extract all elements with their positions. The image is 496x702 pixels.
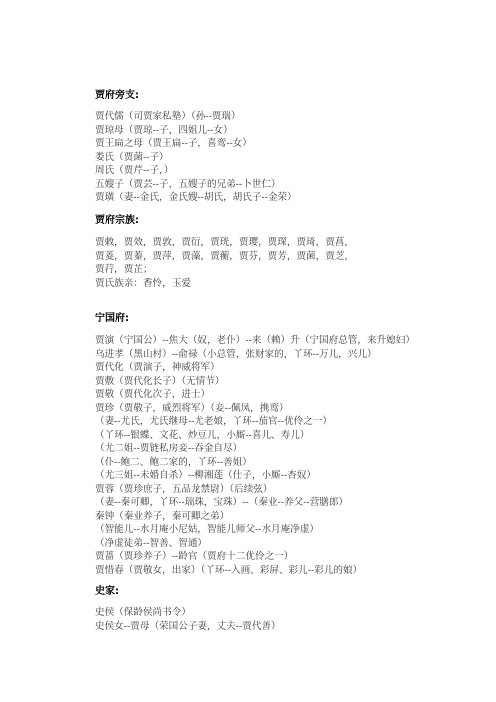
text-line: 周氏（贾芹--子，） [95,164,173,177]
text-line: 贾蔷（贾珍养子）--龄官（贾府十二优伶之一） [95,550,293,563]
text-line: （尤三姐--未婚自杀）--柳湘莲（仕子，小厮--杏奴） [95,469,316,482]
text-line: 贾氏族亲：香怜，玉爱 [95,277,191,290]
text-line: 贾敬（贾代化次子，进士） [95,388,210,401]
text-line: 贾敕，贾效，贾敦，贾衍，贾珖，贾璎，贾琛，贾琦，贾菖， [95,236,354,249]
text-line: （智能儿--水月庵小尼姑，智能儿师父--水月庵净虚） [95,523,319,536]
text-line: 史侯女--贾母（荣国公子妻，丈夫--贾代善） [95,620,281,633]
section-heading-jiafu-pangzhi: 贾府旁支: [95,86,139,101]
text-line: （尤二姐--贾链私房妾--吞金自尽） [95,442,242,455]
text-line: 娄氏（贾菌--子） [95,151,169,164]
text-line: 贾荇，贾芷； [95,263,153,276]
text-line: 秦钟（秦业养子，秦可卿之弟） [95,510,229,523]
text-line: 五嫂子（贾芸--子，五嫂子的兄弟--卜世仁） [95,178,281,191]
text-line: 贾惜春（贾敬女，出家）（丫环--入画、彩屏、彩儿--彩儿的娘） [95,564,362,577]
text-line: （妻--秦可卿，丫环--瑞珠，宝珠）--（秦业--养父--营膳郎） [95,496,348,509]
text-line: （净虚徒弟--智善、智通） [95,537,207,550]
text-line: 贾代儒（司贾家私塾）（孙--贾瑞） [95,110,241,123]
text-line: （丫环--银蝶、文花、炒豆儿，小厮--喜儿、寿儿） [95,429,309,442]
text-line: 贾演（宁国公）--焦大（奴，老仆）--来（赖）升（宁国府总管，来升媳妇） [95,334,415,347]
section-heading-shijia: 史家: [95,582,119,597]
text-line: 乌进孝（黑山村）--俞禄（小总管，张财家的，丫环--万儿，兴儿） [95,348,377,361]
text-line: 贾代化（贾演子，神威将军） [95,361,220,374]
text-line: 贾敷（贾代化长子）（无情节） [95,375,225,388]
section-heading-ningguofu: 宁国府: [95,309,129,324]
text-line: 史侯（保龄侯尚书令） [95,606,191,619]
text-line: 贾王扁之母（贾王扁--子，喜鸾--女） [95,137,252,150]
section-heading-jiafu-zongzu: 贾府宗族: [95,211,139,226]
text-line: 贾菱，贾蓁，贾萍，贾藻，贾蘅，贾芬，贾芳，贾菌，贾芝， [95,250,354,263]
text-line: 贾蓉（贾珍庶子，五品龙禁尉）（后续弦） [95,483,272,496]
text-line: （仆--鲍二、鲍二家的，丫环--善姐） [95,456,252,469]
text-line: 贾珍（贾敬子，威烈将军）（妾--佩凤，携鸾） [95,402,289,415]
text-line: （妻--尤氏，尤氏继母--尤老娘，丫环--茄官--优伶之一） [95,415,332,428]
text-line: 贾琼母（贾琼--子，四姐儿--女） [95,124,233,137]
text-line: 贾璜（妻--金氏，金氏嫂--胡氏，胡氏子--金荣） [95,191,297,204]
